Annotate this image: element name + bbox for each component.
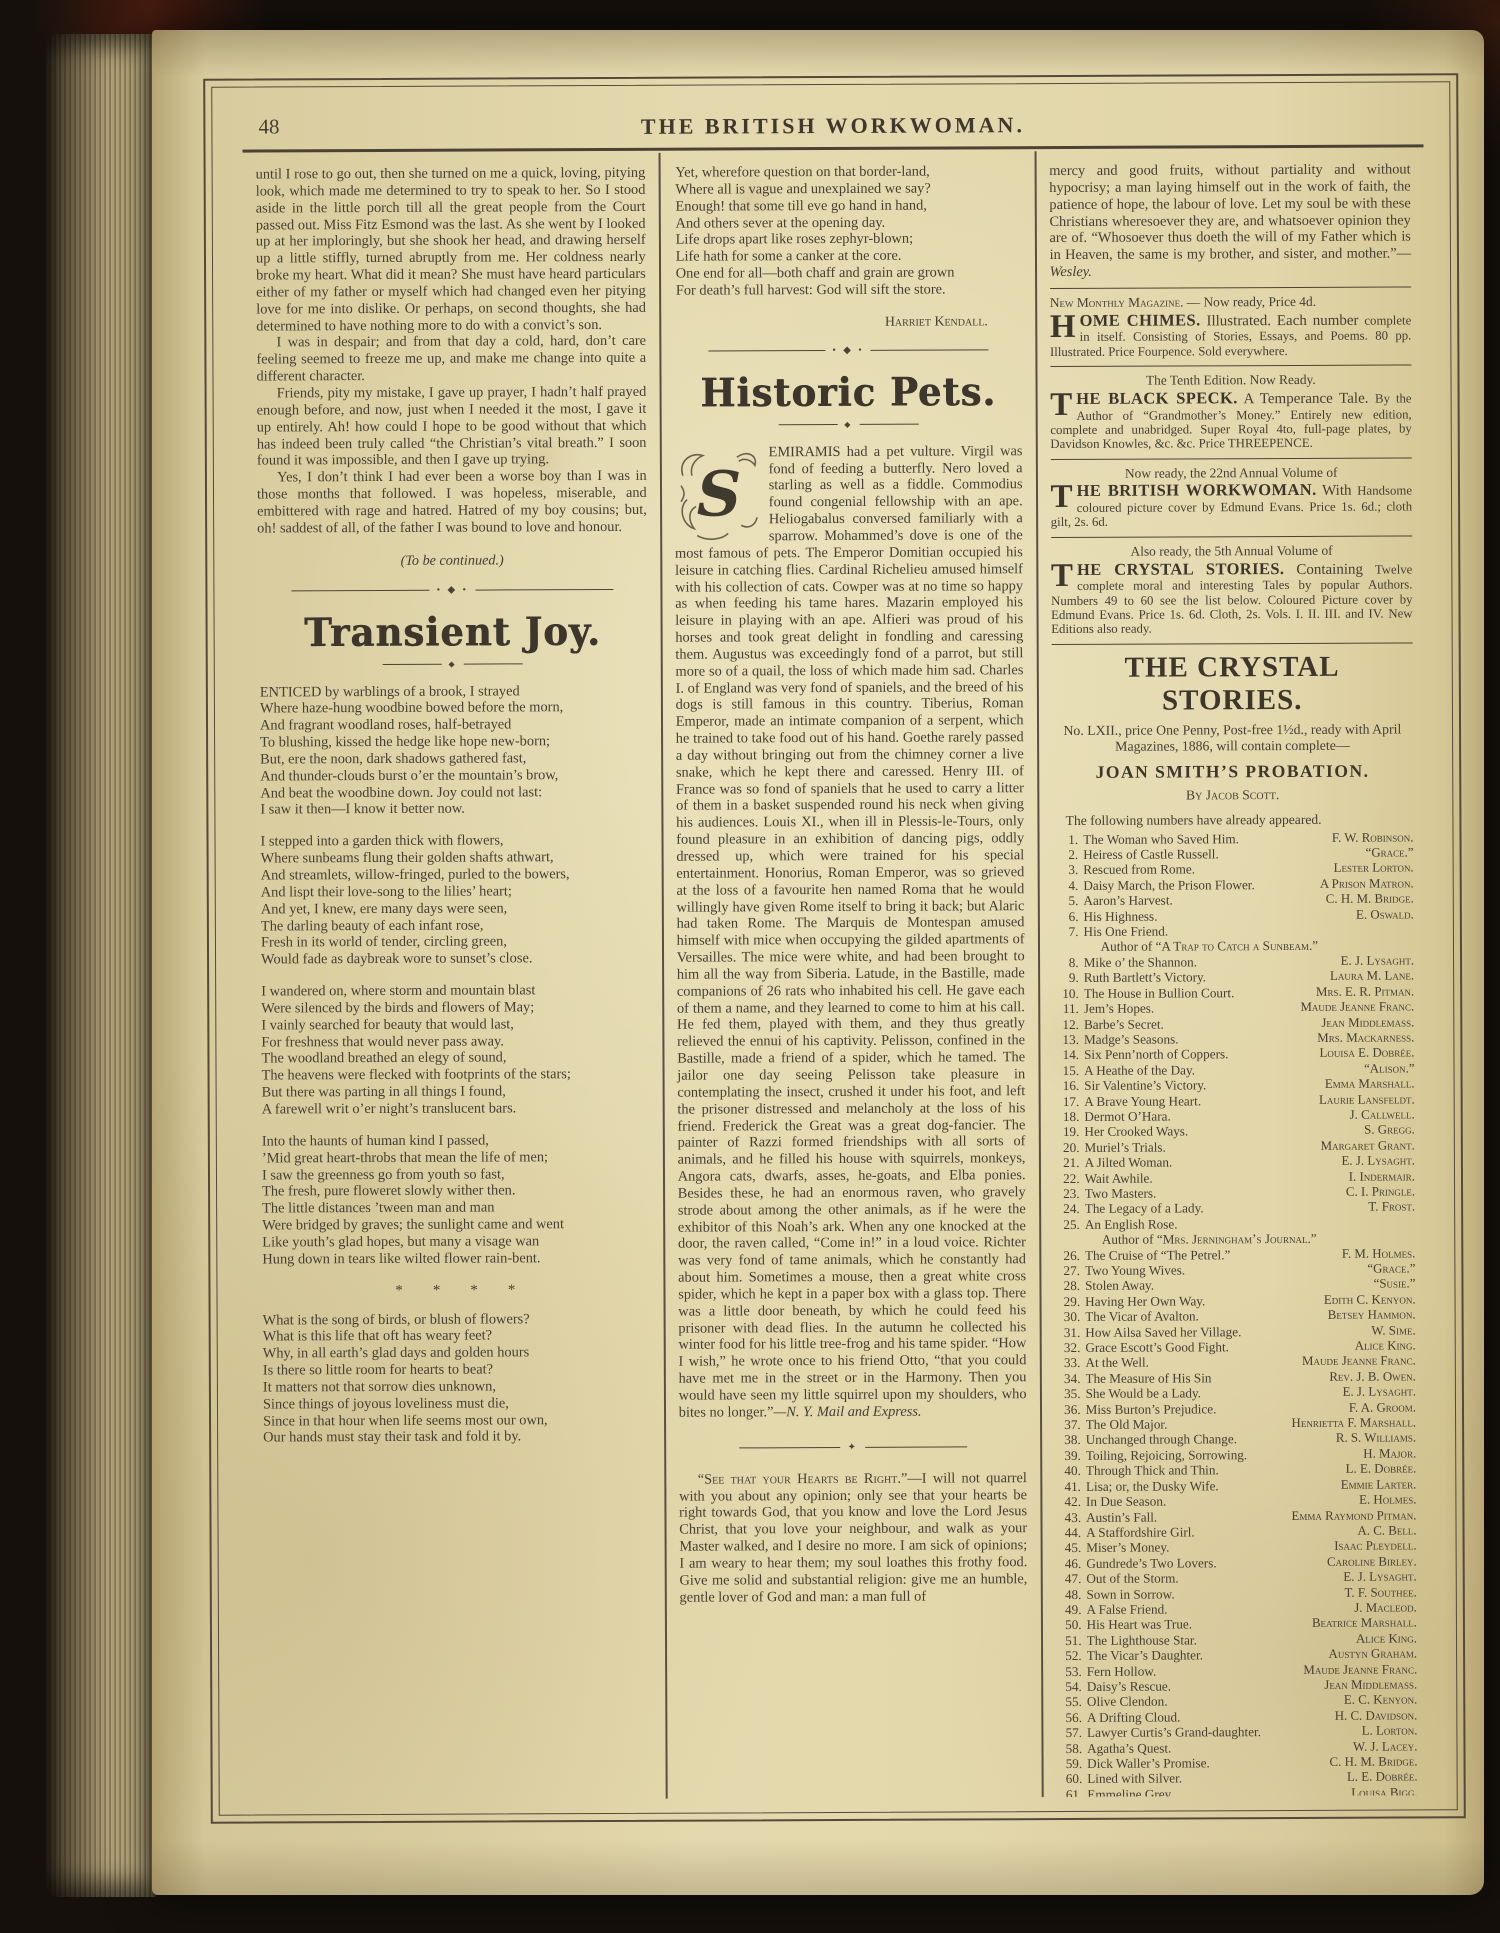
item-author: Louisa Bigg. xyxy=(1351,1785,1417,1797)
to-be-continued: (To be continued.) xyxy=(257,551,647,570)
story-list-item: 52. The Vicar’s Daughter. Austyn Graham. xyxy=(1056,1647,1417,1664)
item-title: Daisy’s Rescue. xyxy=(1087,1678,1319,1694)
poem-line: I wandered on, where storm and mountain … xyxy=(261,982,647,1001)
poem-line: And streamlets, willow-fringed, purled t… xyxy=(261,866,647,885)
item-title: Unchanged through Change. xyxy=(1086,1431,1330,1447)
story-list-item: 42. In Due Season. E. Holmes. xyxy=(1055,1493,1416,1510)
story-list-item: 23. Two Masters. C. I. Pringle. xyxy=(1054,1184,1415,1201)
item-author: W. J. Lacey. xyxy=(1353,1739,1418,1755)
story-list-item: 2. Heiress of Castle Russell. “Grace.” xyxy=(1052,846,1413,863)
item-author: Isaac Pleydell. xyxy=(1334,1539,1416,1555)
item-title: Rescued from Rome. xyxy=(1083,861,1327,877)
serial-story-continuation: until I rose to go out, then she turned … xyxy=(256,165,647,537)
poem-line: Yet, wherefore question on that border-l… xyxy=(675,163,1019,181)
poem-line: Like youth’s glad hopes, but many a visa… xyxy=(262,1233,648,1252)
poem-line: And lispt their love-song to the lilies’… xyxy=(261,883,647,902)
poem-line: For freshness that would never pass away… xyxy=(261,1032,647,1051)
item-title: His One Friend. xyxy=(1084,923,1408,940)
item-author: Jean Middlemass. xyxy=(1321,1015,1414,1031)
poem-line: And yet, I knew, ere many days were seen… xyxy=(261,900,647,919)
item-title: Fern Hollow. xyxy=(1087,1663,1298,1679)
item-number: 53. xyxy=(1056,1663,1087,1679)
divider-ornament xyxy=(739,1442,967,1453)
item-number: 16. xyxy=(1053,1078,1084,1094)
item-author: “Alison.” xyxy=(1364,1061,1415,1077)
poem-stanza: What is the song of birds, or blush of f… xyxy=(263,1310,649,1446)
article-title: Historic Pets. xyxy=(674,368,1022,416)
item-number: 2. xyxy=(1052,847,1083,863)
item-number: 20. xyxy=(1053,1140,1084,1156)
item-author: Caroline Birley. xyxy=(1327,1554,1417,1570)
item-number: 7. xyxy=(1053,924,1084,940)
item-number: 1. xyxy=(1052,832,1083,848)
story-list-item: 7. His One Friend. xyxy=(1053,923,1414,940)
item-title: Sown in Sorrow. xyxy=(1086,1585,1338,1602)
item-title: Lined with Silver. xyxy=(1087,1770,1341,1787)
divider-ornament xyxy=(708,345,988,356)
item-author: I. Indermair. xyxy=(1349,1169,1415,1185)
item-number: 54. xyxy=(1056,1679,1087,1695)
story-list-item: 30. The Vicar of Avalton. Betsey Hammon. xyxy=(1054,1308,1415,1325)
poem-line: And beat the woodbine down. Joy could no… xyxy=(260,783,646,802)
poem-line: Life drops apart like roses zephyr-blown… xyxy=(676,231,1020,249)
item-number: 10. xyxy=(1053,986,1084,1002)
item-author: C. H. M. Bridge. xyxy=(1329,1754,1417,1770)
item-title: The Vicar of Avalton. xyxy=(1085,1308,1322,1324)
item-number: 27. xyxy=(1054,1263,1085,1279)
section-rule xyxy=(1050,365,1411,368)
divider-ornament-small xyxy=(778,419,918,430)
item-number: 6. xyxy=(1052,909,1083,925)
item-title: Agatha’s Quest. xyxy=(1087,1739,1347,1756)
poem-line: Since things of joyous loveliness must d… xyxy=(263,1395,649,1414)
story-list-item: 51. The Lighthouse Star. Alice King. xyxy=(1056,1631,1417,1648)
poem-stanza: ENTICED by warblings of a brook, I stray… xyxy=(260,682,646,818)
item-author: R. S. Williams. xyxy=(1336,1431,1416,1447)
item-number: 42. xyxy=(1055,1494,1086,1510)
ad-home-chimes: New Monthly Magazine. — Now ready, Price… xyxy=(1050,294,1412,359)
item-title: Two Masters. xyxy=(1085,1185,1340,1202)
poem-line: Since in that hour when life seems most … xyxy=(263,1411,649,1430)
item-title: A Drifting Cloud. xyxy=(1087,1709,1329,1725)
item-author: T. Frost. xyxy=(1368,1200,1415,1216)
divider-ornament xyxy=(291,585,613,596)
item-number: 4. xyxy=(1052,878,1083,894)
item-number: 60. xyxy=(1056,1771,1087,1787)
item-author: Emma Raymond Pitman. xyxy=(1291,1508,1416,1524)
item-number: 38. xyxy=(1055,1432,1086,1448)
featured-story-title: JOAN SMITH’S PROBATION. xyxy=(1052,760,1413,783)
story-list-item: 39. Toiling, Rejoicing, Sorrowing. H. Ma… xyxy=(1055,1446,1416,1463)
item-number: 11. xyxy=(1053,1001,1084,1017)
story-list-item: 59. Dick Waller’s Promise. C. H. M. Brid… xyxy=(1056,1754,1417,1771)
poem-line: The heavens were flecked with footprints… xyxy=(262,1066,648,1085)
story-list-item: 40. Through Thick and Thin. L. E. Dobrée… xyxy=(1055,1462,1416,1479)
ad-title: HE CRYSTAL STORIES. xyxy=(1077,559,1285,579)
historic-pets-article: S EMIRAMIS had a pet vulture. Virgil was… xyxy=(675,443,1027,1421)
poem-line: A farewell writ o’er night’s translucent… xyxy=(262,1100,648,1119)
item-title: Toiling, Rejoicing, Sorrowing. xyxy=(1086,1447,1358,1464)
poem-author: Harriet Kendall. xyxy=(674,313,1022,331)
story-paragraph: until I rose to go out, then she turned … xyxy=(256,165,646,335)
story-list-item: 61. Emmeline Grey. Louisa Bigg. xyxy=(1056,1785,1417,1797)
item-number: 36. xyxy=(1055,1402,1086,1418)
column-left: until I rose to go out, then she turned … xyxy=(243,153,666,1801)
paragraph-text: —I will not quarrel with you about any o… xyxy=(679,1470,1027,1605)
story-list-item: 46. Gundrede’s Two Lovers. Caroline Birl… xyxy=(1055,1554,1416,1571)
poem-line: The woodland breathed an elegy of sound, xyxy=(261,1049,647,1068)
item-title: Barbe’s Secret. xyxy=(1084,1015,1316,1031)
poem-line: Our hands must stay their task and fold … xyxy=(263,1428,649,1447)
item-title: Having Her Own Way. xyxy=(1085,1293,1318,1309)
item-author: Lester Lorton. xyxy=(1334,861,1414,877)
story-list-item: 53. Fern Hollow. Maude Jeanne Franc. xyxy=(1056,1662,1417,1679)
note-prefix: Author of xyxy=(1101,939,1156,954)
item-author: E. J. Lysaght. xyxy=(1342,1154,1415,1170)
note-prefix: Author of xyxy=(1102,1232,1157,1247)
poem-line: ENTICED by warblings of a brook, I stray… xyxy=(260,682,646,701)
section-rule xyxy=(1050,457,1411,460)
poem-line: To blushing, kissed the hedge like hope … xyxy=(260,733,646,752)
item-title: The Woman who Saved Him. xyxy=(1083,830,1326,846)
item-author: E. J. Lysaght. xyxy=(1343,1570,1416,1586)
item-author: Mrs. E. R. Pitman. xyxy=(1316,984,1414,1000)
item-title: Aaron’s Harvest. xyxy=(1083,892,1319,908)
item-author: F. W. Robinson. xyxy=(1332,830,1414,846)
item-title: An English Rose. xyxy=(1085,1215,1409,1232)
section-rule xyxy=(1050,286,1411,289)
item-title: A Heathe of the Day. xyxy=(1084,1061,1358,1078)
story-list-item: 49. A False Friend. J. Macleod. xyxy=(1055,1600,1416,1617)
item-title: A Brave Young Heart. xyxy=(1084,1092,1313,1108)
ad-black-speck: The Tenth Edition. Now Ready. THE BLACK … xyxy=(1050,373,1412,452)
item-author-note: Author of “Mrs. Jerningham’s Journal.” xyxy=(1054,1231,1415,1248)
item-author: Beatrice Marshall. xyxy=(1312,1616,1417,1632)
item-author: J. Callwell. xyxy=(1350,1107,1415,1123)
poem-line: Into the haunts of human kind I passed, xyxy=(262,1132,648,1151)
item-title: The Vicar’s Daughter. xyxy=(1087,1647,1323,1663)
item-number: 12. xyxy=(1053,1016,1084,1032)
item-author: Emmie Larter. xyxy=(1341,1477,1417,1493)
item-author: Maude Jeanne Franc. xyxy=(1300,1000,1414,1016)
item-title: Two Young Wives. xyxy=(1085,1262,1361,1279)
story-list-item: 13. Madge’s Seasons. Mrs. Mackarness. xyxy=(1053,1030,1414,1047)
item-title: Out of the Storm. xyxy=(1086,1570,1337,1587)
item-number: 9. xyxy=(1053,970,1084,986)
section-rule xyxy=(1051,535,1412,538)
ad-title: HE BLACK SPECK. xyxy=(1076,388,1238,408)
ad-dropcap: T xyxy=(1051,484,1073,510)
ad-top-line: Also ready, the 5th Annual Volume of xyxy=(1051,543,1412,559)
item-author: E. Oswald. xyxy=(1356,907,1414,923)
story-list: 1. The Woman who Saved Him. F. W. Robins… xyxy=(1052,830,1418,1797)
paragraph-lead: “See that your Hearts be Right.” xyxy=(698,1470,908,1487)
item-author: Alice King. xyxy=(1355,1339,1416,1355)
item-title: Emmeline Grey. xyxy=(1087,1786,1345,1797)
item-number: 48. xyxy=(1055,1586,1086,1602)
item-number: 33. xyxy=(1054,1355,1085,1371)
item-number: 41. xyxy=(1055,1479,1086,1495)
article-first-word: EMIRAMIS xyxy=(769,444,841,460)
list-intro: The following numbers have already appea… xyxy=(1052,811,1413,829)
ad-dropcap: H xyxy=(1050,314,1076,340)
item-number: 44. xyxy=(1055,1525,1086,1541)
wesley-signature: Wesley. xyxy=(1050,264,1092,280)
item-author: C. I. Pringle. xyxy=(1346,1184,1415,1200)
item-number: 57. xyxy=(1056,1725,1087,1741)
item-title: How Ailsa Saved her Village. xyxy=(1085,1323,1365,1340)
page-frame: 48 THE BRITISH WORKWOMAN. until I rose t… xyxy=(203,73,1466,1823)
story-list-item: 38. Unchanged through Change. R. S. Will… xyxy=(1055,1431,1416,1448)
item-author: E. Holmes. xyxy=(1359,1493,1416,1509)
item-author: H. Major. xyxy=(1363,1446,1416,1462)
item-title: In Due Season. xyxy=(1086,1493,1353,1510)
item-author: “Grace.” xyxy=(1367,1261,1415,1277)
story-list-item: 35. She Would be a Lady. E. J. Lysaght. xyxy=(1055,1385,1416,1402)
poem-line: Were silenced by the birds and flowers o… xyxy=(261,999,647,1018)
item-author: H. C. Davidson. xyxy=(1335,1708,1418,1724)
item-number: 39. xyxy=(1055,1448,1086,1464)
item-title: Through Thick and Thin. xyxy=(1086,1462,1340,1479)
item-number: 50. xyxy=(1056,1617,1087,1633)
story-list-item: 11. Jem’s Hopes. Maude Jeanne Franc. xyxy=(1053,1000,1414,1017)
item-author: E. J. Lysaght. xyxy=(1341,953,1414,969)
item-number: 19. xyxy=(1053,1124,1084,1140)
story-list-item: 21. A Jilted Woman. E. J. Lysaght. xyxy=(1054,1154,1415,1171)
story-list-item: 44. A Staffordshire Girl. A. C. Bell. xyxy=(1055,1523,1416,1540)
item-title: Miss Burton’s Prejudice. xyxy=(1086,1400,1343,1417)
ad-title: OME CHIMES. xyxy=(1080,310,1201,330)
item-number: 37. xyxy=(1055,1417,1086,1433)
poem-line: Enough! that some till eve go hand in ha… xyxy=(675,197,1019,215)
ad-title: HE BRITISH WORKWOMAN. xyxy=(1077,480,1317,500)
item-title: Wait Awhile. xyxy=(1085,1169,1343,1186)
item-number: 8. xyxy=(1053,955,1084,971)
item-author: “Susie.” xyxy=(1374,1277,1416,1293)
item-title: The Lighthouse Star. xyxy=(1087,1632,1350,1649)
section-rule xyxy=(1051,642,1412,645)
poem-line: The little distances ’tween man and man xyxy=(262,1199,648,1218)
item-title: Six Penn’north of Coppers. xyxy=(1084,1046,1314,1062)
item-author: T. F. Southee. xyxy=(1344,1585,1416,1601)
item-title: Heiress of Castle Russell. xyxy=(1083,846,1359,863)
story-list-item: 15. A Heathe of the Day. “Alison.” xyxy=(1053,1061,1414,1078)
story-list-item: 57. Lawyer Curtis’s Grand-daughter. L. L… xyxy=(1056,1724,1417,1741)
item-title: A Staffordshire Girl. xyxy=(1086,1524,1351,1541)
item-author: Edith C. Kenyon. xyxy=(1324,1292,1416,1308)
item-author: Laurie Lansfeldt. xyxy=(1319,1092,1415,1108)
item-title: A False Friend. xyxy=(1086,1601,1348,1618)
item-author: Rev. J. B. Owen. xyxy=(1329,1369,1416,1385)
poem-final-stanza: Yet, wherefore question on that border-l… xyxy=(675,163,1019,299)
item-number: 28. xyxy=(1054,1278,1085,1294)
hearts-be-right-paragraph: “See that your Hearts be Right.”—I will … xyxy=(679,1470,1027,1606)
item-number: 31. xyxy=(1054,1325,1085,1341)
item-title: Lisa; or, the Dusky Wife. xyxy=(1086,1478,1335,1494)
item-title: Daisy March, the Prison Flower. xyxy=(1083,877,1314,893)
note-title: “Mrs. Jerningham’s Journal.” xyxy=(1157,1231,1317,1247)
item-title: The Legacy of a Lady. xyxy=(1085,1200,1363,1217)
item-number: 23. xyxy=(1054,1186,1085,1202)
story-list-item: 1. The Woman who Saved Him. F. W. Robins… xyxy=(1052,830,1413,847)
story-list-item: 10. The House in Bullion Court. Mrs. E. … xyxy=(1053,984,1414,1001)
item-number: 24. xyxy=(1054,1201,1085,1217)
crystal-stories-section: THE CRYSTAL STORIES. No. LXII., price On… xyxy=(1051,650,1418,1797)
poem-line: Hung down in tears like wilted flower ra… xyxy=(262,1250,648,1269)
item-author: Betsey Hammon. xyxy=(1328,1308,1416,1324)
poem-line: Where sunbeams flung their golden shafts… xyxy=(261,849,647,868)
column-right: mercy and good fruits, without partialit… xyxy=(1036,149,1431,1797)
scanned-book-photo: 48 THE BRITISH WORKWOMAN. until I rose t… xyxy=(0,0,1500,1933)
poem-line: Where all is vague and unexplained we sa… xyxy=(675,180,1019,198)
item-number: 29. xyxy=(1054,1294,1085,1310)
story-list-item: 45. Miser’s Money. Isaac Pleydell. xyxy=(1055,1539,1416,1556)
story-list-item: 24. The Legacy of a Lady. T. Frost. xyxy=(1054,1200,1415,1217)
page-header: 48 THE BRITISH WORKWOMAN. xyxy=(242,92,1423,141)
item-author: S. Gregg. xyxy=(1364,1123,1415,1139)
item-title: Mike o’ the Shannon. xyxy=(1084,954,1335,971)
poem-line: Fresh in its world of tender, circling g… xyxy=(261,933,647,952)
item-number: 22. xyxy=(1054,1170,1085,1186)
ad-subtitle: A Temperance Tale. xyxy=(1238,390,1375,407)
ad-top-line: Now ready, the 22nd Annual Volume of xyxy=(1051,465,1412,481)
poem-stanza: I stepped into a garden thick with flowe… xyxy=(260,832,646,968)
item-author: Henrietta F. Marshall. xyxy=(1291,1416,1416,1432)
ad-subtitle: Illustrated. Each number xyxy=(1201,312,1365,329)
item-title: Stolen Away. xyxy=(1085,1277,1368,1294)
story-paragraph: Yes, I don’t think I had ever been a wor… xyxy=(257,468,647,537)
story-list-item: 18. Dermot O’Hara. J. Callwell. xyxy=(1053,1107,1414,1124)
poem-title: Transient Joy. xyxy=(258,607,648,655)
poem-line: I saw it then—I know it better now. xyxy=(260,800,646,819)
svg-text:S: S xyxy=(696,457,741,530)
item-author: Louisa E. Dobrée. xyxy=(1319,1046,1414,1062)
item-number: 32. xyxy=(1054,1340,1085,1356)
item-number: 47. xyxy=(1055,1571,1086,1587)
item-number: 45. xyxy=(1055,1540,1086,1556)
story-list-item: 48. Sown in Sorrow. T. F. Southee. xyxy=(1055,1585,1416,1602)
story-list-item: 22. Wait Awhile. I. Indermair. xyxy=(1054,1169,1415,1186)
item-number: 34. xyxy=(1054,1371,1085,1387)
stanza-separator-asterisks: * * * * xyxy=(260,1281,650,1300)
item-number: 51. xyxy=(1056,1633,1087,1649)
story-list-item: 25. An English Rose. xyxy=(1054,1215,1415,1232)
poem-line: The darling beauty of each infant rose, xyxy=(261,916,647,935)
item-number: 3. xyxy=(1052,862,1083,878)
article-attribution: —N. Y. Mail and Express. xyxy=(773,1403,921,1420)
item-author: Jean Middlemass. xyxy=(1324,1677,1417,1693)
item-number: 52. xyxy=(1056,1648,1087,1664)
crystal-stories-heading: THE CRYSTAL STORIES. xyxy=(1051,650,1413,718)
item-title: Dermot O’Hara. xyxy=(1084,1108,1343,1125)
column-middle: Yet, wherefore question on that border-l… xyxy=(658,151,1043,1799)
poem-line: And fragrant woodland roses, half-betray… xyxy=(260,716,646,735)
item-number: 15. xyxy=(1053,1063,1084,1079)
story-paragraph: I was in despair; and from that day a co… xyxy=(256,333,646,385)
story-list-item: 36. Miss Burton’s Prejudice. F. A. Groom… xyxy=(1055,1400,1416,1417)
story-list-item: 14. Six Penn’north of Coppers. Louisa E.… xyxy=(1053,1046,1414,1063)
item-number: 13. xyxy=(1053,1032,1084,1048)
story-list-item: 29. Having Her Own Way. Edith C. Kenyon. xyxy=(1054,1292,1415,1309)
item-title: Jem’s Hopes. xyxy=(1084,1000,1295,1016)
story-list-item: 43. Austin’s Fall. Emma Raymond Pitman. xyxy=(1055,1508,1416,1525)
story-paragraph: Friends, pity my mistake, I gave up pray… xyxy=(257,384,647,470)
item-title: Olive Clendon. xyxy=(1087,1693,1338,1710)
book-page-edges xyxy=(46,34,156,1897)
story-list-item: 12. Barbe’s Secret. Jean Middlemass. xyxy=(1053,1015,1414,1032)
item-number: 35. xyxy=(1055,1386,1086,1402)
item-author: Laura M. Lane. xyxy=(1330,969,1414,985)
item-author: Margaret Grant. xyxy=(1321,1138,1415,1154)
item-title: Dick Waller’s Promise. xyxy=(1087,1755,1323,1771)
item-author: J. Macleod. xyxy=(1354,1600,1417,1616)
item-title: Lawyer Curtis’s Grand-daughter. xyxy=(1087,1724,1356,1741)
item-title: At the Well. xyxy=(1085,1354,1296,1370)
item-title: Austin’s Fall. xyxy=(1086,1509,1285,1525)
note-title: “A Trap to Catch a Sunbeam.” xyxy=(1156,938,1319,954)
item-title: His Highness. xyxy=(1083,907,1350,924)
story-list-item: 8. Mike o’ the Shannon. E. J. Lysaght. xyxy=(1053,953,1414,970)
story-list-item: 34. The Measure of His Sin Rev. J. B. Ow… xyxy=(1054,1369,1415,1386)
story-list-item: 6. His Highness. E. Oswald. xyxy=(1052,907,1413,924)
item-author: Austyn Graham. xyxy=(1328,1647,1417,1663)
item-number: 30. xyxy=(1054,1309,1085,1325)
item-author: W. Sime. xyxy=(1371,1323,1415,1339)
poem-line: But there was parting in all things I fo… xyxy=(262,1083,648,1102)
ad-subtitle: With xyxy=(1317,483,1358,499)
story-list-item: 50. His Heart was True. Beatrice Marshal… xyxy=(1056,1616,1417,1633)
ad-dropcap: T xyxy=(1050,392,1072,418)
masthead: THE BRITISH WORKWOMAN. xyxy=(242,110,1423,141)
ad-dropcap: T xyxy=(1051,562,1073,588)
item-title: The House in Bullion Court. xyxy=(1084,985,1310,1001)
story-list-item: 20. Muriel’s Trials. Margaret Grant. xyxy=(1053,1138,1414,1155)
story-list-item: 60. Lined with Silver. L. E. Dobrée. xyxy=(1056,1770,1417,1787)
poem-line: Where haze-hung woodbine bowed before th… xyxy=(260,699,646,718)
story-list-item: 37. The Old Major. Henrietta F. Marshall… xyxy=(1055,1416,1416,1433)
item-author-note: Author of “A Trap to Catch a Sunbeam.” xyxy=(1053,938,1414,955)
item-author: L. Lorton. xyxy=(1362,1724,1418,1740)
poem-line: Were bridged by graves; the sunlight cam… xyxy=(262,1216,648,1235)
story-list-item: 9. Ruth Bartlett’s Victory. Laura M. Lan… xyxy=(1053,969,1414,986)
item-title: Grace Escott’s Good Fight. xyxy=(1085,1339,1348,1356)
item-number: 49. xyxy=(1055,1602,1086,1618)
item-author: “Grace.” xyxy=(1366,846,1414,862)
story-list-item: 16. Sir Valentine’s Victory. Emma Marsha… xyxy=(1053,1077,1414,1094)
ad-top-line: New Monthly Magazine. xyxy=(1050,294,1184,310)
ad-top-rest: — Now ready, Price 4d. xyxy=(1183,294,1316,310)
item-title: Her Crooked Ways. xyxy=(1084,1123,1358,1140)
page-frame-inner: 48 THE BRITISH WORKWOMAN. until I rose t… xyxy=(211,81,1458,1815)
item-title: Muriel’s Trials. xyxy=(1084,1139,1314,1155)
wesley-paragraph: mercy and good fruits, without partialit… xyxy=(1049,161,1411,280)
ad-british-workwoman-volume: Now ready, the 22nd Annual Volume of THE… xyxy=(1051,465,1413,530)
poem-line: Is there so little room for hearts to be… xyxy=(263,1361,649,1380)
item-author: E. J. Lysaght. xyxy=(1343,1385,1416,1401)
item-author: Maude Jeanne Franc. xyxy=(1302,1354,1416,1370)
item-title: The Cruise of “The Petrel.” xyxy=(1085,1246,1336,1263)
item-number: 18. xyxy=(1053,1109,1084,1125)
item-number: 61. xyxy=(1056,1787,1087,1797)
item-author: Emma Marshall. xyxy=(1325,1077,1415,1093)
poem-line: It matters not that sorrow dies unknown, xyxy=(263,1378,649,1397)
item-number: 43. xyxy=(1055,1509,1086,1525)
item-number: 46. xyxy=(1055,1556,1086,1572)
item-number: 26. xyxy=(1054,1248,1085,1264)
item-author: Mrs. Mackarness. xyxy=(1317,1030,1414,1046)
poem-line: I vainly searched for beauty that would … xyxy=(261,1016,647,1035)
item-author: F. M. Holmes. xyxy=(1342,1246,1416,1262)
